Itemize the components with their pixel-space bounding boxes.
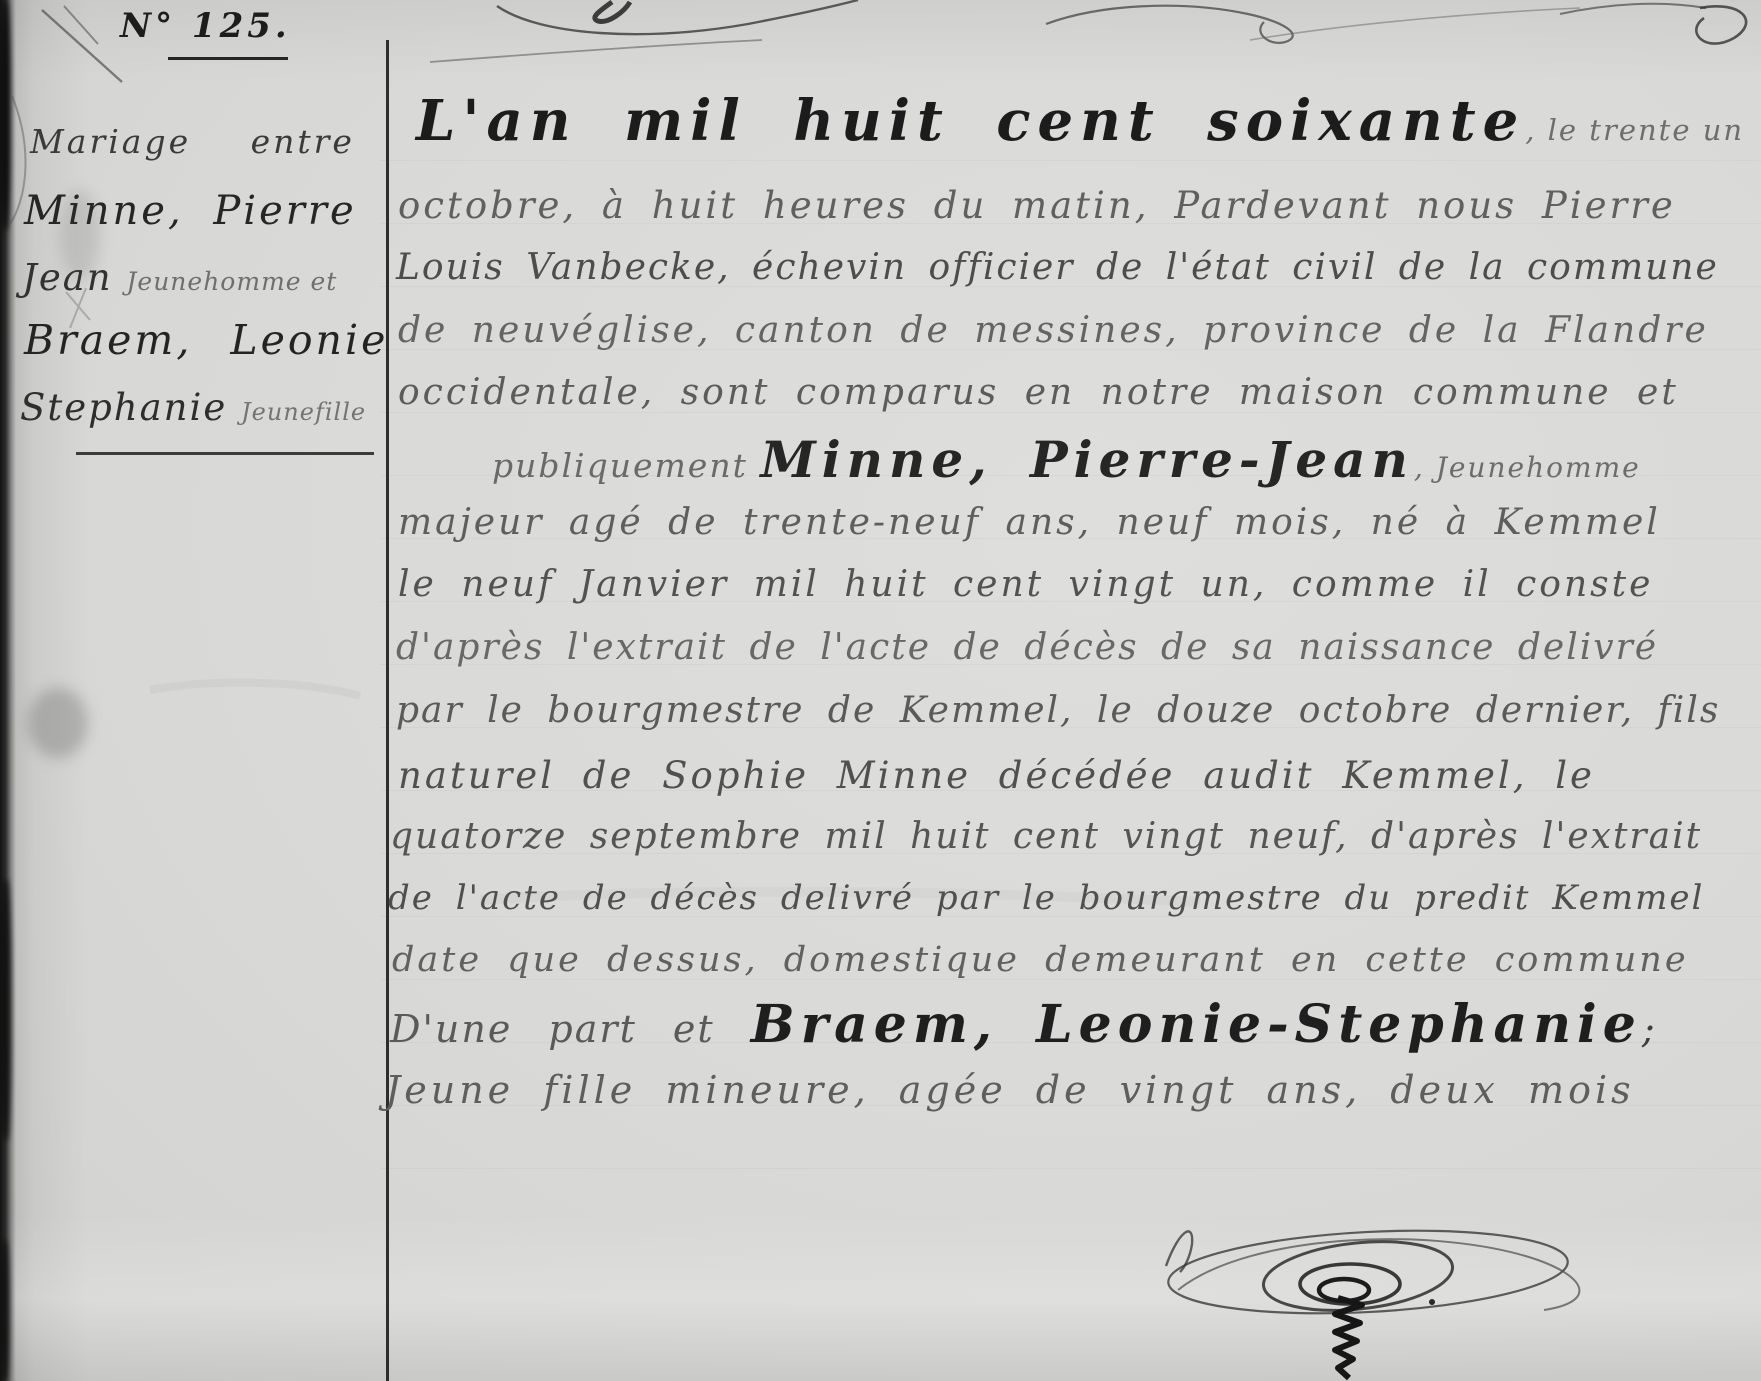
body-text: occidentale, sont comparus en notre mais… [398,372,1679,413]
ink-smudge [28,688,88,758]
body-text: par le bourgmestre de Kemmel, le douze o… [396,690,1720,731]
binding-ink-blob-middle [0,880,11,1140]
top-flourish [595,2,630,21]
act-number-underline [168,57,288,60]
top-right-swirl [1046,6,1293,43]
body-line: par le bourgmestre de Kemmel, le douze o… [396,690,1720,731]
paraph-flourish [1166,1222,1579,1378]
margin-text: Mariage entre [30,122,355,161]
stray-stroke [64,6,98,44]
body-line: L'an mil huit cent soixante, le trente u… [416,88,1744,154]
margin-summary-line: Braem, Leonie [24,316,388,364]
body-text: le neuf Janvier mil huit cent vingt un, … [398,564,1653,605]
opening-phrase: L'an mil huit cent soixante [416,88,1525,154]
body-text: Jeune fille mineure, agée de vingt ans, … [385,1068,1635,1112]
top-right-curl [1696,6,1746,43]
binding-ink-blob-top [0,0,10,230]
body-line: occidentale, sont comparus en notre mais… [398,372,1679,413]
margin-text-small: Jeunefille [241,398,366,426]
body-text: Louis Vanbecke, échevin officier de l'ét… [396,247,1719,288]
body-line: quatorze septembre mil huit cent vingt n… [390,816,1702,857]
margin-summary-line: Stephanie Jeunefille [20,386,366,429]
body-text: quatorze septembre mil huit cent vingt n… [390,816,1702,857]
stray-stroke [42,10,122,82]
body-text: , Jeunehomme [1414,451,1641,484]
body-line: Jeune fille mineure, agée de vingt ans, … [385,1068,1635,1112]
top-right-ink-trace [1560,4,1706,14]
act-number: N° 125. [120,6,291,46]
margin-text: Braem, Leonie [24,316,388,364]
body-line: de l'acte de décès delivré par le bourgm… [388,878,1704,918]
top-flourish [497,0,858,34]
binding-ink-blob-bottom [0,1240,9,1381]
body-text: majeur agé de trente-neuf ans, neuf mois… [398,502,1661,543]
body-line: octobre, à huit heures du matin, Pardeva… [398,184,1676,227]
body-line: majeur agé de trente-neuf ans, neuf mois… [398,502,1661,543]
body-line: le neuf Janvier mil huit cent vingt un, … [398,564,1653,605]
margin-horizontal-rule [76,452,374,455]
registry-page-scan: N° 125. Mariage entre Minne, Pierre Jean… [0,0,1761,1381]
body-text: date que dessus, domestique demeurant en… [392,940,1689,980]
body-text: D'une part et [390,1007,751,1051]
top-right-stroke [1250,8,1580,40]
margin-summary-line: Mariage entre [30,122,355,161]
body-line: d'après l'extrait de l'acte de décès de … [396,627,1658,668]
body-text: de l'acte de décès delivré par le bourgm… [388,878,1704,918]
body-text: d'après l'extrait de l'acte de décès de … [396,627,1658,668]
bleed-through-ghost [150,683,360,696]
body-text: , le trente un [1525,113,1744,147]
body-line: naturel de Sophie Minne décédée audit Ke… [398,754,1595,797]
body-text: octobre, à huit heures du matin, Pardeva… [398,184,1676,227]
column-divider-line [386,40,389,1381]
body-text: publiquement [492,446,760,485]
margin-text-small: Jeunehomme et [126,267,337,296]
body-text: ; [1642,1007,1655,1051]
bride-name: Braem, Leonie-Stephanie [751,994,1642,1055]
body-line: date que dessus, domestique demeurant en… [392,940,1689,980]
body-text: naturel de Sophie Minne décédée audit Ke… [398,754,1595,797]
paraph-lead-stroke [1166,1231,1192,1272]
top-flourish [430,40,762,62]
body-line: publiquement Minne, Pierre-Jean, Jeuneho… [492,430,1641,489]
groom-name: Minne, Pierre-Jean [760,430,1414,489]
body-line: D'une part et Braem, Leonie-Stephanie; [390,994,1655,1055]
body-line: Louis Vanbecke, échevin officier de l'ét… [396,247,1719,288]
margin-text: Stephanie [20,386,241,429]
body-line: de neuvéglise, canton de messines, provi… [398,310,1709,351]
ink-smudge [60,190,100,280]
body-text: de neuvéglise, canton de messines, provi… [398,310,1709,351]
